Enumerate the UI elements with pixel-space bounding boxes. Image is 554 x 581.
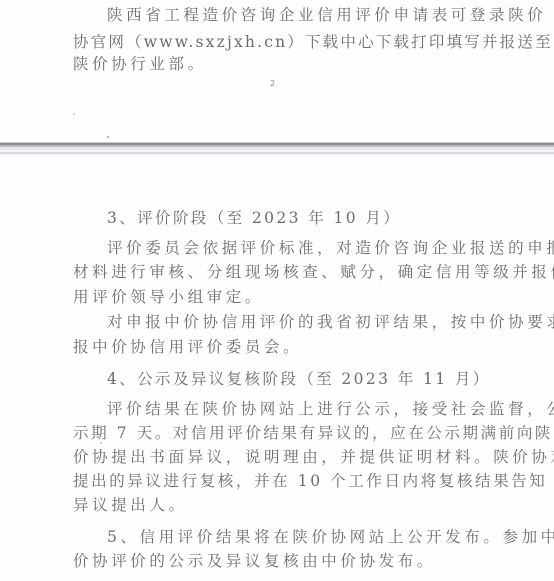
paragraph-line: 用评价领导小组审定。 [73,287,473,307]
paragraph-line: 示期 7 天。对信用评价结果有异议的，应在公示期满前向陕 [73,423,473,443]
scan-speck [73,113,75,115]
paragraph-line: 提出的异议进行复核，并在 10 个工作日内将复核结果告知 [73,471,473,491]
paragraph-line: 对申报中价协信用评价的我省初评结果，按中价协要求 [107,312,507,332]
paragraph-line: 陕西省工程造价咨询企业信用评价申请表可登录陕价 [107,5,507,25]
section-heading: 3、评价阶段（至 2023 年 10 月） [107,208,507,228]
paragraph-line: 异议提出人。 [73,495,473,515]
paragraph-line: 报中价协信用评价委员会。 [73,337,473,357]
paragraph-line: 评价结果在陕价协网站上进行公示，接受社会监督，公 [107,399,507,419]
paragraph-line: 材料进行审核、分组现场核查、赋分，确定信用等级并报信 [73,262,473,282]
scan-speck [107,136,109,138]
document-page-bottom: 3、评价阶段（至 2023 年 10 月） 评价委员会依据评价标准，对造价咨询企… [0,157,554,581]
paragraph-line: 评价委员会依据评价标准，对造价咨询企业报送的申报 [107,238,507,258]
scan-speck [100,442,102,444]
paragraph-line: 价协提出书面异议，说明理由，并提供证明材料。陕价协对 [73,447,473,467]
paragraph-line: 5、信用评价结果将在陕价协网站上公开发布。参加中 [107,527,507,547]
page-break-separator [0,142,554,157]
page-number: 2 [270,79,275,88]
paragraph-line: 价协评价的公示及异议复核由中价协发布。 [73,551,473,571]
document-page-top: 陕西省工程造价咨询企业信用评价申请表可登录陕价 协官网（www.sxzjxh.c… [0,0,554,143]
paragraph-line: 陕价协行业部。 [73,54,473,74]
paragraph-line: 协官网（www.sxzjxh.cn）下载中心下载打印填写并报送至 [73,32,473,52]
section-heading: 4、公示及异议复核阶段（至 2023 年 11 月） [107,369,507,389]
